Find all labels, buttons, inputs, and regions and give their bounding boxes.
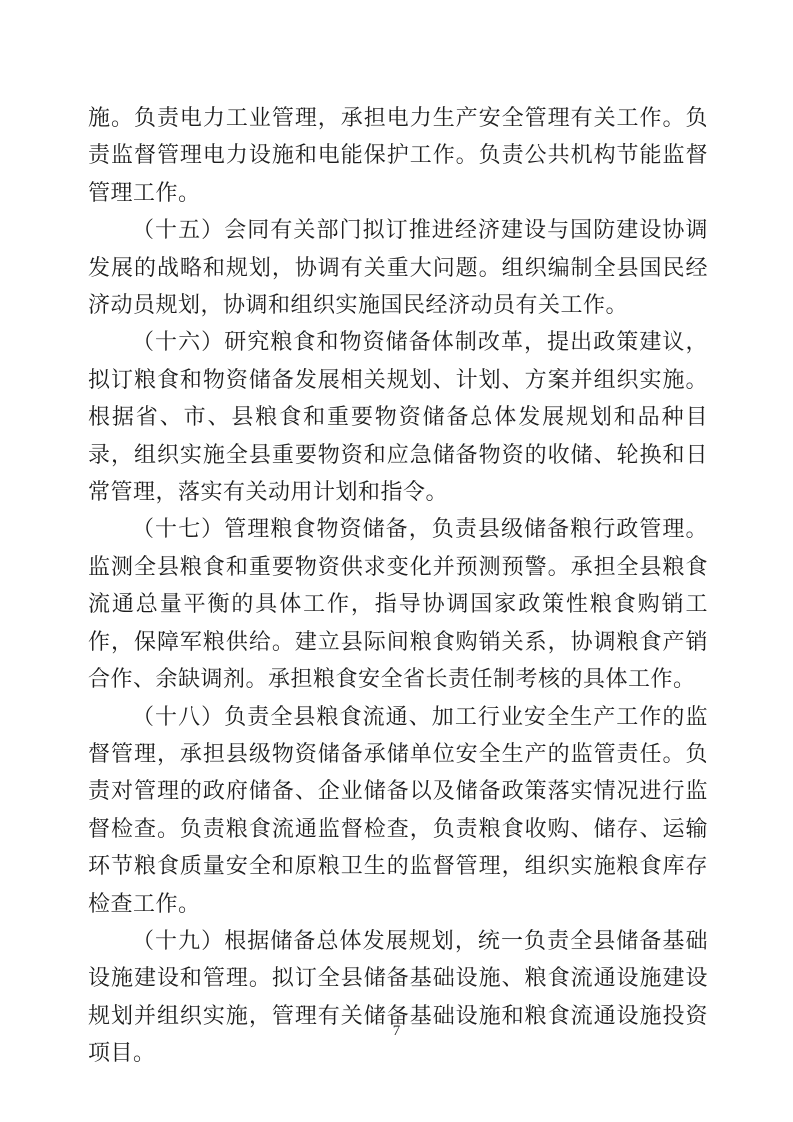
page-number: 7 (0, 1021, 793, 1041)
paragraph-item-18: （十八）负责全县粮食流通、加工行业安全生产工作的监督管理，承担县级物资储备承储单… (88, 698, 708, 922)
paragraph-item-16: （十六）研究粮食和物资储备体制改革，提出政策建议，拟订粮食和物资储备发展相关规划… (88, 323, 708, 510)
paragraph-item-19: （十九）根据储备总体发展规划，统一负责全县储备基础设施建设和管理。拟订全县储备基… (88, 922, 708, 1072)
document-body: 施。负责电力工业管理，承担电力生产安全管理有关工作。负责监督管理电力设施和电能保… (88, 99, 708, 1072)
paragraph-continuation: 施。负责电力工业管理，承担电力生产安全管理有关工作。负责监督管理电力设施和电能保… (88, 99, 708, 211)
document-page: 施。负责电力工业管理，承担电力生产安全管理有关工作。负责监督管理电力设施和电能保… (0, 0, 793, 1122)
paragraph-item-15: （十五）会同有关部门拟订推进经济建设与国防建设协调发展的战略和规划，协调有关重大… (88, 211, 708, 323)
paragraph-item-17: （十七）管理粮食物资储备，负责县级储备粮行政管理。监测全县粮食和重要物资供求变化… (88, 510, 708, 697)
